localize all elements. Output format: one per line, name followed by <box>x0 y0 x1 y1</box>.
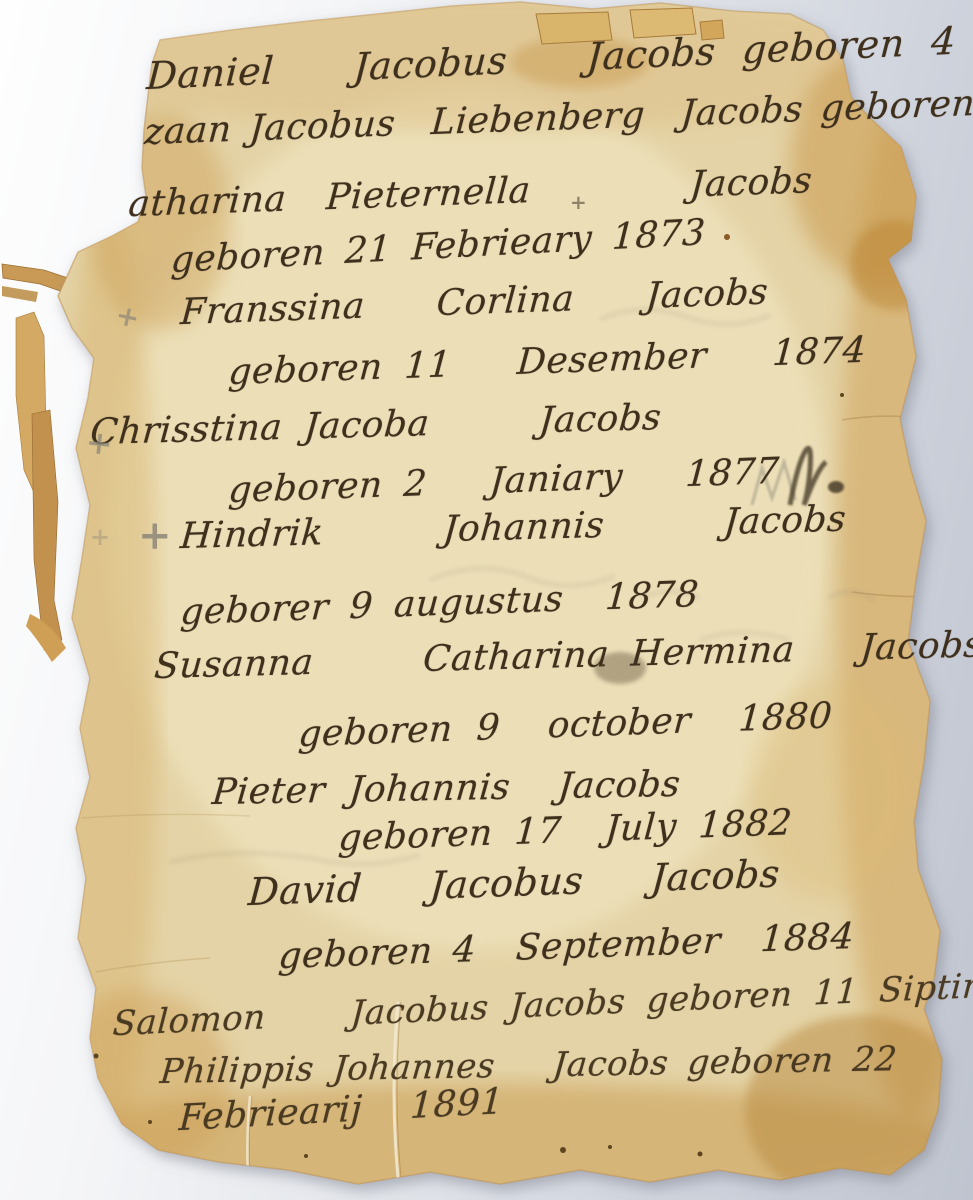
photo-of-document: Daniel Jacobus Jacobs geboren 4 Janu zaa… <box>0 0 973 1200</box>
register-line: Daniel Jacobus Jacobs geboren 4 Janu <box>145 14 973 99</box>
register-line: Chrisstina Jacoba Jacobs <box>89 397 663 453</box>
register-line: Philippis Johannes Jacobs geboren 22 <box>158 1039 898 1092</box>
register-line: atharina Pieternella Jacobs <box>127 160 814 225</box>
register-line: geboren 11 Desember 1874 <box>227 330 867 393</box>
handwriting-layer: Daniel Jacobus Jacobs geboren 4 Janu zaa… <box>0 0 973 1200</box>
register-line: David Jacobus Jacobs <box>247 851 782 914</box>
register-line: geboren 4 September 1884 <box>277 916 856 977</box>
pencil-cross-mark: + <box>138 512 172 559</box>
register-line: geboren 9 october 1880 <box>297 695 834 755</box>
register-line: geboren 17 July 1882 <box>337 802 794 859</box>
register-line: Pieter Johannis Jacobs <box>210 764 682 813</box>
pencil-cross-mark: + <box>90 522 110 551</box>
register-line: geboren 21 Febrieary 1873 <box>170 212 707 281</box>
ink-cross-mark: + <box>570 190 587 214</box>
register-line: geborer 9 augustus 1878 <box>179 574 700 633</box>
register-line: Salomon Jacobus Jacobs geboren 11 Siptim… <box>112 964 973 1045</box>
register-line: Susanna Catharina Hermina Jacobs <box>153 624 973 687</box>
pencil-cross-mark: + <box>84 423 115 464</box>
register-line: Franssina Corlina Jacobs <box>179 271 769 333</box>
pencil-cross-mark: + <box>113 298 143 335</box>
